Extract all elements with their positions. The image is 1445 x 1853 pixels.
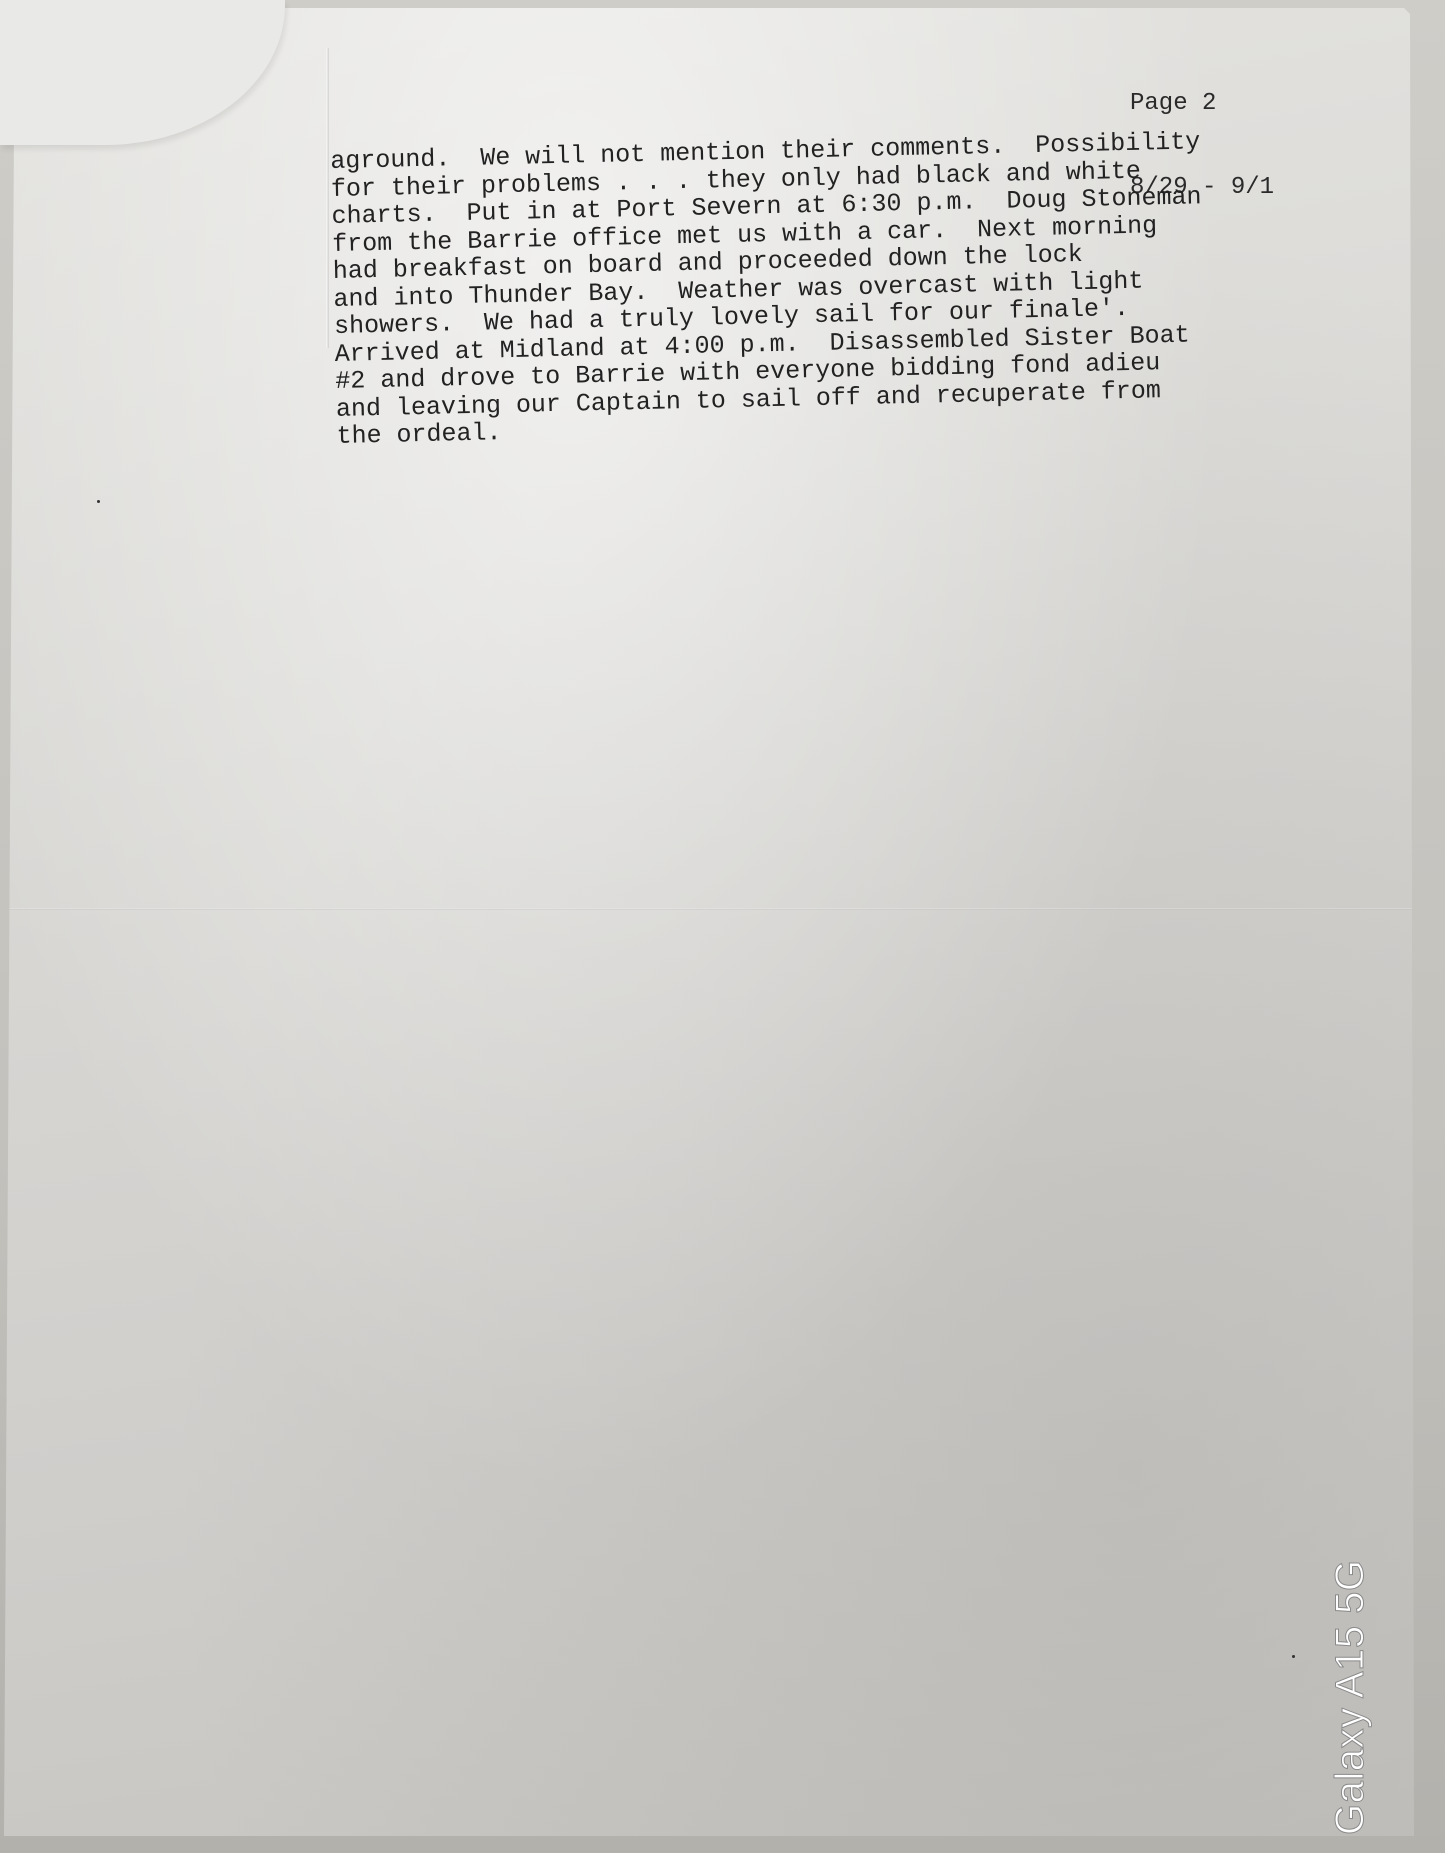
page-number: Page 2 [1130,90,1274,118]
paper-fold [4,908,1414,910]
paper-crease [326,48,329,348]
document-body: aground. We will not mention their comme… [330,125,1347,450]
paper-speck [1292,1655,1295,1658]
paper-speck [97,500,100,503]
camera-watermark: Galaxy A15 5G [1328,1559,1373,1835]
